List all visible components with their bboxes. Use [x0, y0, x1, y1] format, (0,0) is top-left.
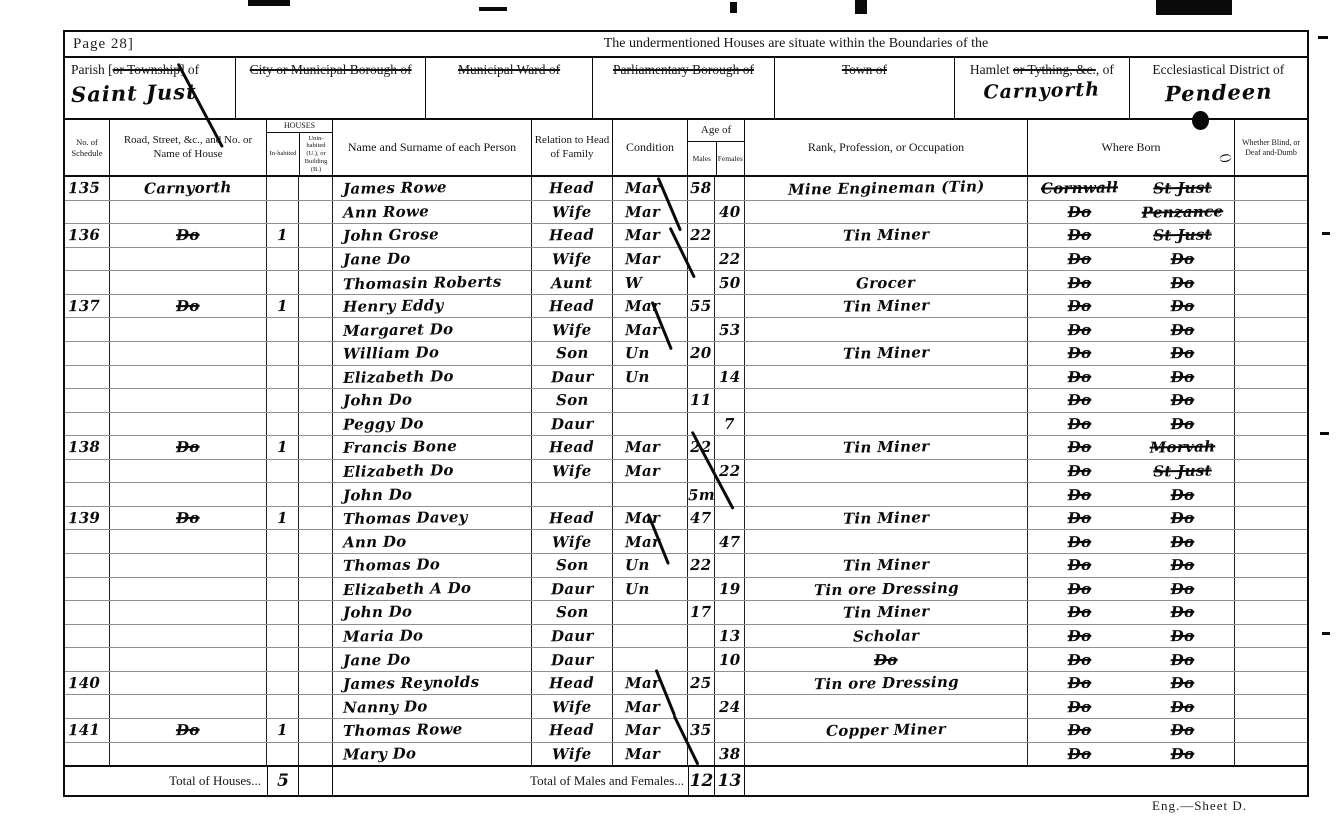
- total-houses-value: 5: [267, 767, 299, 795]
- cell-condition: Mar: [613, 695, 688, 718]
- cell-schedule: 138: [65, 436, 110, 459]
- cell-name: Ann Rowe: [333, 201, 532, 224]
- scan-mark: [1318, 36, 1328, 39]
- handwritten-name: William Do: [343, 343, 440, 363]
- handwritten-age-male: 22: [690, 556, 712, 574]
- cell-condition: Un: [613, 578, 688, 601]
- cell-inhabited: [267, 483, 299, 506]
- cell-inhabited: [267, 271, 299, 294]
- cell-occupation: Tin Miner: [745, 554, 1028, 577]
- cell-inhabited: [267, 177, 299, 200]
- handwritten-born-county: Do: [1028, 438, 1131, 458]
- handwritten-age-male: 35: [690, 721, 712, 739]
- col-header-infirmity: Whether Blind, or Deaf and-Dumb: [1235, 120, 1307, 175]
- handwritten-relation: Son: [556, 344, 589, 363]
- handwritten-born-county: Do: [1028, 603, 1131, 623]
- cell-condition: Un: [613, 554, 688, 577]
- cell-name: William Do: [333, 342, 532, 365]
- col-header-text: Age of: [688, 120, 744, 142]
- handwritten-born-parish: Penzance: [1131, 202, 1234, 222]
- cell-name: Peggy Do: [333, 413, 532, 436]
- cell-road: [110, 460, 267, 483]
- cell-occupation: [745, 530, 1028, 553]
- cell-condition: [613, 413, 688, 436]
- cell-relation: Aunt: [532, 271, 613, 294]
- handwritten-born-county: Do: [1028, 720, 1131, 740]
- handwritten-schedule: 137: [68, 297, 101, 316]
- field-label-struck: Town of: [842, 62, 887, 77]
- handwritten-road: Do: [176, 438, 200, 456]
- col-header-text: Schedule: [67, 148, 107, 159]
- handwritten-total: 5: [277, 771, 289, 791]
- cell-relation: Wife: [532, 743, 613, 766]
- cell-where-born: Do Do: [1028, 648, 1235, 671]
- cell-condition: Mar: [613, 248, 688, 271]
- cell-uninhabited: [299, 483, 333, 506]
- cell-schedule: 135: [65, 177, 110, 200]
- cell-relation: Son: [532, 389, 613, 412]
- cell-inhabited: [267, 672, 299, 695]
- handwritten-born-parish: Do: [1131, 273, 1234, 293]
- cell-inhabited: [267, 625, 299, 648]
- cell-road: [110, 201, 267, 224]
- cell-schedule: [65, 342, 110, 365]
- cell-where-born: Do Penzance: [1028, 201, 1235, 224]
- handwritten-born-county: Do: [1028, 320, 1131, 340]
- cell-condition: Un: [613, 366, 688, 389]
- cell-relation: Daur: [532, 648, 613, 671]
- cell-infirmity: [1235, 389, 1307, 412]
- cell-relation: Wife: [532, 201, 613, 224]
- cell-where-born: Do Do: [1028, 625, 1235, 648]
- table-row: Elizabeth Do Wife Mar 22 Do St Just: [65, 460, 1307, 484]
- handwritten-name: Henry Eddy: [343, 296, 444, 316]
- cell-occupation: [745, 366, 1028, 389]
- handwritten-age-male: 20: [690, 344, 712, 362]
- handwritten-born-county: Do: [1028, 579, 1131, 599]
- handwritten-condition: Mar: [625, 697, 660, 716]
- cell-name: Thomas Do: [333, 554, 532, 577]
- field-label-struck: Parliamentary Borough of: [613, 62, 754, 77]
- cell-relation: Head: [532, 295, 613, 318]
- cell-road: Do: [110, 295, 267, 318]
- cell-age-male: [688, 318, 715, 341]
- handwritten-condition: Un: [625, 556, 650, 574]
- col-header-females: Females: [717, 142, 745, 175]
- binder-dot: [1192, 111, 1209, 130]
- handwritten-occupation: Tin Miner: [843, 226, 930, 246]
- cell-uninhabited: [299, 389, 333, 412]
- cell-uninhabited: [299, 201, 333, 224]
- cell-relation: Son: [532, 601, 613, 624]
- field-ecclesiastical-district: Ecclesiastical District of Pendeen: [1130, 58, 1307, 118]
- cell-occupation: [745, 483, 1028, 506]
- cell-condition: Mar: [613, 318, 688, 341]
- handwritten-relation: Wife: [552, 250, 592, 269]
- cell-schedule: [65, 530, 110, 553]
- handwritten-born-parish: Do: [1131, 390, 1234, 410]
- handwritten-name: Maria Do: [343, 626, 424, 645]
- handwritten-condition: Un: [625, 344, 650, 362]
- cell-name: John Do: [333, 601, 532, 624]
- total-males-females-label: Total of Males and Females...: [333, 773, 688, 789]
- cell-age-female: 53: [715, 318, 745, 341]
- handwritten-age-female: 19: [719, 580, 741, 598]
- cell-name: Jane Do: [333, 248, 532, 271]
- cell-age-male: 47: [688, 507, 715, 530]
- cell-where-born: Do Do: [1028, 413, 1235, 436]
- cell-condition: [613, 625, 688, 648]
- handwritten-relation: Son: [556, 391, 589, 410]
- handwritten-born-parish: Do: [1131, 296, 1234, 316]
- handwritten-inhabited: 1: [277, 438, 288, 456]
- cell-infirmity: [1235, 366, 1307, 389]
- cell-name: Margaret Do: [333, 318, 532, 341]
- cell-condition: Mar: [613, 295, 688, 318]
- cell-occupation: Tin Miner: [745, 224, 1028, 247]
- cell-age-female: [715, 389, 745, 412]
- handwritten-schedule: 136: [68, 226, 101, 245]
- cell-relation: Head: [532, 672, 613, 695]
- table-row: John Do 5m Do Do: [65, 483, 1307, 507]
- cell-name: Jane Do: [333, 648, 532, 671]
- cell-age-female: 22: [715, 460, 745, 483]
- cell-inhabited: [267, 201, 299, 224]
- cell-infirmity: [1235, 224, 1307, 247]
- cell-relation: Wife: [532, 318, 613, 341]
- handwritten-born-county: Do: [1028, 414, 1131, 434]
- cell-age-male: 20: [688, 342, 715, 365]
- field-label: , of: [1096, 62, 1114, 77]
- cell-where-born: Do Do: [1028, 248, 1235, 271]
- cell-inhabited: [267, 554, 299, 577]
- cell-road: [110, 695, 267, 718]
- cell-schedule: [65, 743, 110, 766]
- cell-relation: Son: [532, 342, 613, 365]
- handwritten-born-parish: Do: [1131, 579, 1234, 599]
- cell-age-male: 22: [688, 224, 715, 247]
- boundary-fields-row: Parish [or Township] of Saint Just City …: [65, 58, 1307, 120]
- cell-age-male: 17: [688, 601, 715, 624]
- cell-infirmity: [1235, 507, 1307, 530]
- cell-where-born: Do Do: [1028, 389, 1235, 412]
- cell-schedule: 140: [65, 672, 110, 695]
- cell-road: [110, 625, 267, 648]
- ecclesiastical-value-handwritten: Pendeen: [1135, 78, 1301, 107]
- handwritten-name: John Do: [343, 603, 413, 622]
- handwritten-relation: Wife: [552, 697, 592, 716]
- handwritten-born-parish: Do: [1131, 414, 1234, 434]
- cell-inhabited: [267, 648, 299, 671]
- handwritten-born-county: Cornwall: [1028, 178, 1131, 198]
- cell-uninhabited: [299, 366, 333, 389]
- cell-schedule: [65, 483, 110, 506]
- handwritten-born-county: Do: [1028, 532, 1131, 552]
- handwritten-age-female: 14: [719, 368, 741, 386]
- table-row: 140 James Reynolds Head Mar 25 Tin ore D…: [65, 672, 1307, 696]
- cell-relation: Wife: [532, 695, 613, 718]
- hamlet-value-handwritten: Carnyorth: [961, 78, 1123, 104]
- cell-age-female: [715, 224, 745, 247]
- title-row: Page 28] The undermentioned Houses are s…: [65, 32, 1307, 58]
- cell-infirmity: [1235, 271, 1307, 294]
- col-header-text: HOUSES: [267, 120, 332, 133]
- cell-occupation: Do: [745, 648, 1028, 671]
- cell-name: Thomasin Roberts: [333, 271, 532, 294]
- cell-uninhabited: [299, 554, 333, 577]
- handwritten-name: Jane Do: [343, 249, 411, 268]
- page-number-label: Page 28]: [65, 36, 405, 53]
- handwritten-condition: Mar: [625, 226, 660, 245]
- handwritten-born-parish: Do: [1131, 485, 1234, 505]
- handwritten-relation: Wife: [552, 744, 592, 763]
- handwritten-born-county: Do: [1028, 249, 1131, 269]
- handwritten-age-female: 7: [724, 415, 735, 433]
- cell-age-male: 5m: [688, 483, 715, 506]
- handwritten-name: James Rowe: [343, 178, 447, 198]
- field-label-struck: or Tything, &c.: [1013, 62, 1096, 77]
- handwritten-occupation: Tin Miner: [843, 343, 930, 363]
- cell-name: James Rowe: [333, 177, 532, 200]
- parish-value-handwritten: Saint Just: [71, 78, 230, 107]
- cell-inhabited: [267, 389, 299, 412]
- cell-where-born: Do Do: [1028, 743, 1235, 766]
- cell-relation: Wife: [532, 248, 613, 271]
- handwritten-born-parish: Do: [1131, 508, 1234, 528]
- cell-infirmity: [1235, 483, 1307, 506]
- cell-age-female: 14: [715, 366, 745, 389]
- cell-occupation: [745, 389, 1028, 412]
- cell-name: John Grose: [333, 224, 532, 247]
- table-row: Peggy Do Daur 7 Do Do: [65, 413, 1307, 437]
- col-header-schedule: No. of Schedule: [65, 120, 110, 175]
- cell-road: Do: [110, 507, 267, 530]
- handwritten-relation: Wife: [552, 320, 592, 339]
- cell-name: Elizabeth Do: [333, 460, 532, 483]
- cell-name: Thomas Rowe: [333, 719, 532, 742]
- handwritten-age-male: 5m: [687, 485, 714, 503]
- handwritten-relation: Head: [549, 721, 594, 740]
- cell-infirmity: [1235, 554, 1307, 577]
- handwritten-occupation: Tin Miner: [843, 603, 930, 623]
- cell-age-male: [688, 201, 715, 224]
- handwritten-born-parish: Do: [1131, 673, 1234, 693]
- cell-condition: [613, 483, 688, 506]
- cell-occupation: Tin Miner: [745, 342, 1028, 365]
- cell-inhabited: 1: [267, 295, 299, 318]
- handwritten-occupation: Grocer: [856, 273, 915, 292]
- cell-condition: Mar: [613, 672, 688, 695]
- cell-occupation: Tin ore Dressing: [745, 578, 1028, 601]
- cell-inhabited: [267, 460, 299, 483]
- cell-schedule: [65, 601, 110, 624]
- census-form: Page 28] The undermentioned Houses are s…: [63, 30, 1309, 797]
- table-row: 137 Do 1 Henry Eddy Head Mar 55 Tin Mine…: [65, 295, 1307, 319]
- cell-where-born: Do Do: [1028, 366, 1235, 389]
- cell-name: Henry Eddy: [333, 295, 532, 318]
- handwritten-relation: Aunt: [551, 273, 593, 292]
- handwritten-born-parish: Do: [1131, 249, 1234, 269]
- cell-relation: Daur: [532, 413, 613, 436]
- cell-occupation: Tin ore Dressing: [745, 672, 1028, 695]
- cell-road: [110, 248, 267, 271]
- cell-relation: Daur: [532, 625, 613, 648]
- handwritten-name: Francis Bone: [343, 437, 457, 457]
- cell-inhabited: [267, 318, 299, 341]
- cell-occupation: Tin Miner: [745, 507, 1028, 530]
- cell-infirmity: [1235, 295, 1307, 318]
- handwritten-born-parish: Do: [1131, 697, 1234, 717]
- cell-age-female: [715, 672, 745, 695]
- cell-uninhabited: [299, 719, 333, 742]
- handwritten-age-male: 11: [690, 391, 712, 409]
- handwritten-condition: Un: [625, 580, 650, 598]
- handwritten-born-county: Do: [1028, 555, 1131, 575]
- handwritten-name: Jane Do: [343, 650, 411, 669]
- cell-infirmity: [1235, 743, 1307, 766]
- table-row: William Do Son Un 20 Tin Miner Do Do: [65, 342, 1307, 366]
- handwritten-condition: Mar: [625, 203, 660, 222]
- handwritten-name: Thomas Do: [343, 555, 440, 575]
- cell-infirmity: [1235, 177, 1307, 200]
- cell-where-born: Do St Just: [1028, 460, 1235, 483]
- handwritten-schedule: 140: [68, 674, 101, 693]
- scan-mark: [855, 0, 867, 14]
- handwritten-age-female: 22: [719, 250, 741, 268]
- handwritten-condition: Mar: [625, 250, 660, 269]
- cell-road: [110, 389, 267, 412]
- handwritten-born-county: Do: [1028, 673, 1131, 693]
- handwritten-age-male: 55: [690, 297, 712, 315]
- handwritten-born-parish: Do: [1131, 320, 1234, 340]
- scan-mark: [1322, 632, 1330, 635]
- cell-uninhabited: [299, 601, 333, 624]
- cell-schedule: [65, 460, 110, 483]
- cell-uninhabited: [299, 318, 333, 341]
- handwritten-road: Do: [176, 297, 200, 315]
- handwritten-age-male: 22: [690, 226, 712, 244]
- cell-age-male: 58: [688, 177, 715, 200]
- cell-age-female: [715, 554, 745, 577]
- field-label-struck: City or Municipal Borough of: [250, 62, 412, 77]
- handwritten-schedule: 135: [68, 179, 101, 198]
- handwritten-born-county: Do: [1028, 226, 1131, 246]
- cell-age-female: [715, 601, 745, 624]
- cell-age-male: [688, 530, 715, 553]
- cell-inhabited: [267, 248, 299, 271]
- cell-occupation: [745, 743, 1028, 766]
- cell-condition: [613, 648, 688, 671]
- handwritten-condition: Mar: [625, 179, 660, 198]
- cell-age-male: [688, 248, 715, 271]
- cell-schedule: [65, 318, 110, 341]
- cell-condition: W: [613, 271, 688, 294]
- cell-road: [110, 318, 267, 341]
- handwritten-road: Do: [176, 226, 200, 244]
- cell-road: [110, 554, 267, 577]
- handwritten-name: Elizabeth Do: [343, 461, 454, 481]
- cell-uninhabited: [299, 695, 333, 718]
- cell-occupation: Mine Engineman (Tin): [745, 177, 1028, 200]
- scan-mark: [1156, 0, 1232, 15]
- cell-relation: Head: [532, 177, 613, 200]
- handwritten-relation: Head: [549, 438, 594, 457]
- cell-relation: Wife: [532, 460, 613, 483]
- cell-where-born: Do Do: [1028, 672, 1235, 695]
- field-label: Ecclesiastical District of: [1152, 62, 1284, 77]
- col-header-inhabited: In-habited: [267, 133, 300, 175]
- handwritten-condition: Mar: [625, 509, 660, 528]
- handwritten-condition: Mar: [625, 320, 660, 339]
- cell-age-female: [715, 177, 745, 200]
- cell-age-female: [715, 436, 745, 459]
- cell-age-male: [688, 695, 715, 718]
- cell-inhabited: 1: [267, 436, 299, 459]
- cell-inhabited: [267, 578, 299, 601]
- handwritten-born-parish: Do: [1131, 650, 1234, 670]
- cell-relation: Daur: [532, 366, 613, 389]
- handwritten-condition: Mar: [625, 674, 660, 693]
- cell-age-female: [715, 719, 745, 742]
- cell-uninhabited: [299, 248, 333, 271]
- handwritten-name: Elizabeth Do: [343, 367, 454, 387]
- totals-row: Total of Houses... 5 Total of Males and …: [65, 765, 1307, 795]
- cell-relation: Head: [532, 224, 613, 247]
- cell-relation: Daur: [532, 578, 613, 601]
- col-header-age-group: Age of Males Females: [688, 120, 745, 175]
- handwritten-age-female: 47: [719, 533, 741, 551]
- cell-inhabited: [267, 601, 299, 624]
- handwritten-condition: Mar: [625, 462, 660, 481]
- handwritten-born-parish: Do: [1131, 720, 1234, 740]
- handwritten-born-parish: Do: [1131, 744, 1234, 764]
- cell-uninhabited: [299, 295, 333, 318]
- cell-road: Carnyorth: [110, 177, 267, 200]
- cell-uninhabited: [299, 460, 333, 483]
- cell-where-born: Do Morvah: [1028, 436, 1235, 459]
- cell-road: [110, 743, 267, 766]
- cell-age-male: [688, 578, 715, 601]
- cell-occupation: Copper Miner: [745, 719, 1028, 742]
- handwritten-born-county: Do: [1028, 390, 1131, 410]
- cell-infirmity: [1235, 625, 1307, 648]
- handwritten-occupation: Tin Miner: [843, 556, 930, 576]
- form-title: The undermentioned Houses are situate wi…: [405, 36, 1307, 52]
- cell-uninhabited: [299, 507, 333, 530]
- handwritten-inhabited: 1: [277, 226, 288, 244]
- cell-where-born: Do Do: [1028, 601, 1235, 624]
- handwritten-born-parish: Do: [1131, 343, 1234, 363]
- census-page-scan: Page 28] The undermentioned Houses are s…: [0, 0, 1341, 836]
- handwritten-relation: Head: [549, 226, 594, 245]
- cell-road: [110, 483, 267, 506]
- cell-infirmity: [1235, 413, 1307, 436]
- scan-mark: [1322, 232, 1330, 235]
- table-row: Nanny Do Wife Mar 24 Do Do: [65, 695, 1307, 719]
- handwritten-name: John Do: [343, 391, 413, 410]
- cell-age-female: [715, 507, 745, 530]
- cell-schedule: 141: [65, 719, 110, 742]
- handwritten-age-male: 25: [690, 674, 712, 692]
- cell-relation: [532, 483, 613, 506]
- handwritten-age-male: 17: [690, 603, 712, 621]
- cell-occupation: [745, 318, 1028, 341]
- handwritten-inhabited: 1: [277, 721, 288, 739]
- cell-name: Maria Do: [333, 625, 532, 648]
- cell-road: [110, 271, 267, 294]
- table-row: 135 Carnyorth James Rowe Head Mar 58 Min…: [65, 177, 1307, 201]
- col-header-occupation: Rank, Profession, or Occupation: [745, 120, 1028, 175]
